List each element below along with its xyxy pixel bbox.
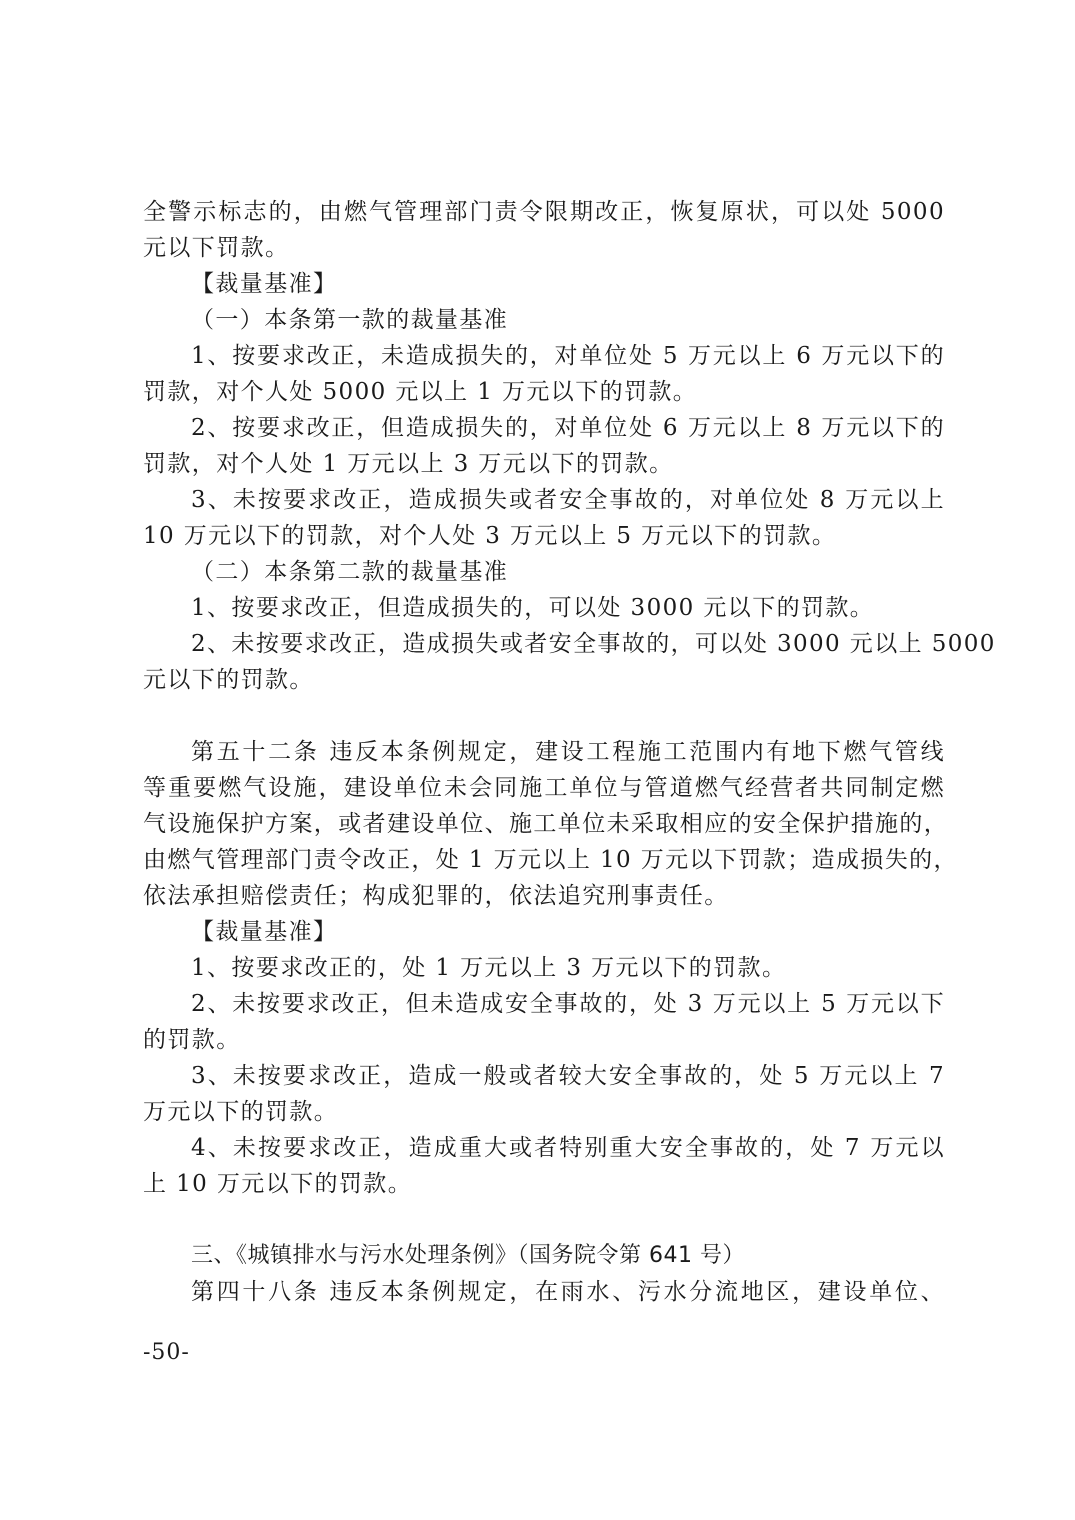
text-line: 第五十二条 违反本条例规定，建设工程施工范围内有地下燃气管线 [143,734,945,770]
text-line: 气设施保护方案，或者建设单位、施工单位未采取相应的安全保护措施的， [143,806,945,842]
text-line: 元以下罚款。 [143,230,945,266]
text-line: 等重要燃气设施，建设单位未会同施工单位与管道燃气经营者共同制定燃 [143,770,945,806]
text-line: 罚款，对个人处 1 万元以上 3 万元以下的罚款。 [143,446,945,482]
text-line: 万元以下的罚款。 [143,1094,945,1130]
text-line: （二）本条第二款的裁量基准 [143,554,945,590]
text-line: 1、按要求改正的，处 1 万元以上 3 万元以下的罚款。 [143,950,945,986]
section-heading: 三、《城镇排水与污水处理条例》（国务院令第 641 号） [143,1238,945,1274]
paragraph-gap [143,1202,945,1238]
page-number: -50- [143,1340,190,1365]
text-line: 上 10 万元以下的罚款。 [143,1166,945,1202]
text-line: 由燃气管理部门责令改正，处 1 万元以上 10 万元以下罚款；造成损失的， [143,842,945,878]
text-line: 4、未按要求改正，造成重大或者特别重大安全事故的，处 7 万元以 [143,1130,945,1166]
text-line: 2、未按要求改正，造成损失或者安全事故的，可以处 3000 元以上 5000 [143,626,945,662]
text-line: 2、按要求改正，但造成损失的，对单位处 6 万元以上 8 万元以下的 [143,410,945,446]
text-line: 的罚款。 [143,1022,945,1058]
article-52: 第五十二条 违反本条例规定，建设工程施工范围内有地下燃气管线等重要燃气设施，建设… [143,734,945,1202]
text-line: 2、未按要求改正，但未造成安全事故的，处 3 万元以上 5 万元以下 [143,986,945,1022]
text-line: 罚款，对个人处 5000 元以上 1 万元以下的罚款。 [143,374,945,410]
text-line: 元以下的罚款。 [143,662,945,698]
text-line: 1、按要求改正，但造成损失的，可以处 3000 元以下的罚款。 [143,590,945,626]
text-line: 依法承担赔偿责任；构成犯罪的，依法追究刑事责任。 [143,878,945,914]
text-line: 【裁量基准】 [143,266,945,302]
text-line: （一）本条第一款的裁量基准 [143,302,945,338]
text-line: 10 万元以下的罚款，对个人处 3 万元以上 5 万元以下的罚款。 [143,518,945,554]
article-48-first-line: 第四十八条 违反本条例规定，在雨水、污水分流地区，建设单位、 [143,1274,945,1310]
text-line: 全警示标志的，由燃气管理部门责令限期改正，恢复原状，可以处 5000 [143,194,945,230]
text-line: 3、未按要求改正，造成一般或者较大安全事故的，处 5 万元以上 7 [143,1058,945,1094]
document-page: 全警示标志的，由燃气管理部门责令限期改正，恢复原状，可以处 5000元以下罚款。… [143,194,945,1310]
text-line: 【裁量基准】 [143,914,945,950]
text-line: 3、未按要求改正，造成损失或者安全事故的，对单位处 8 万元以上 [143,482,945,518]
article-51-continuation: 全警示标志的，由燃气管理部门责令限期改正，恢复原状，可以处 5000元以下罚款。… [143,194,945,698]
text-line: 1、按要求改正，未造成损失的，对单位处 5 万元以上 6 万元以下的 [143,338,945,374]
paragraph-gap [143,698,945,734]
